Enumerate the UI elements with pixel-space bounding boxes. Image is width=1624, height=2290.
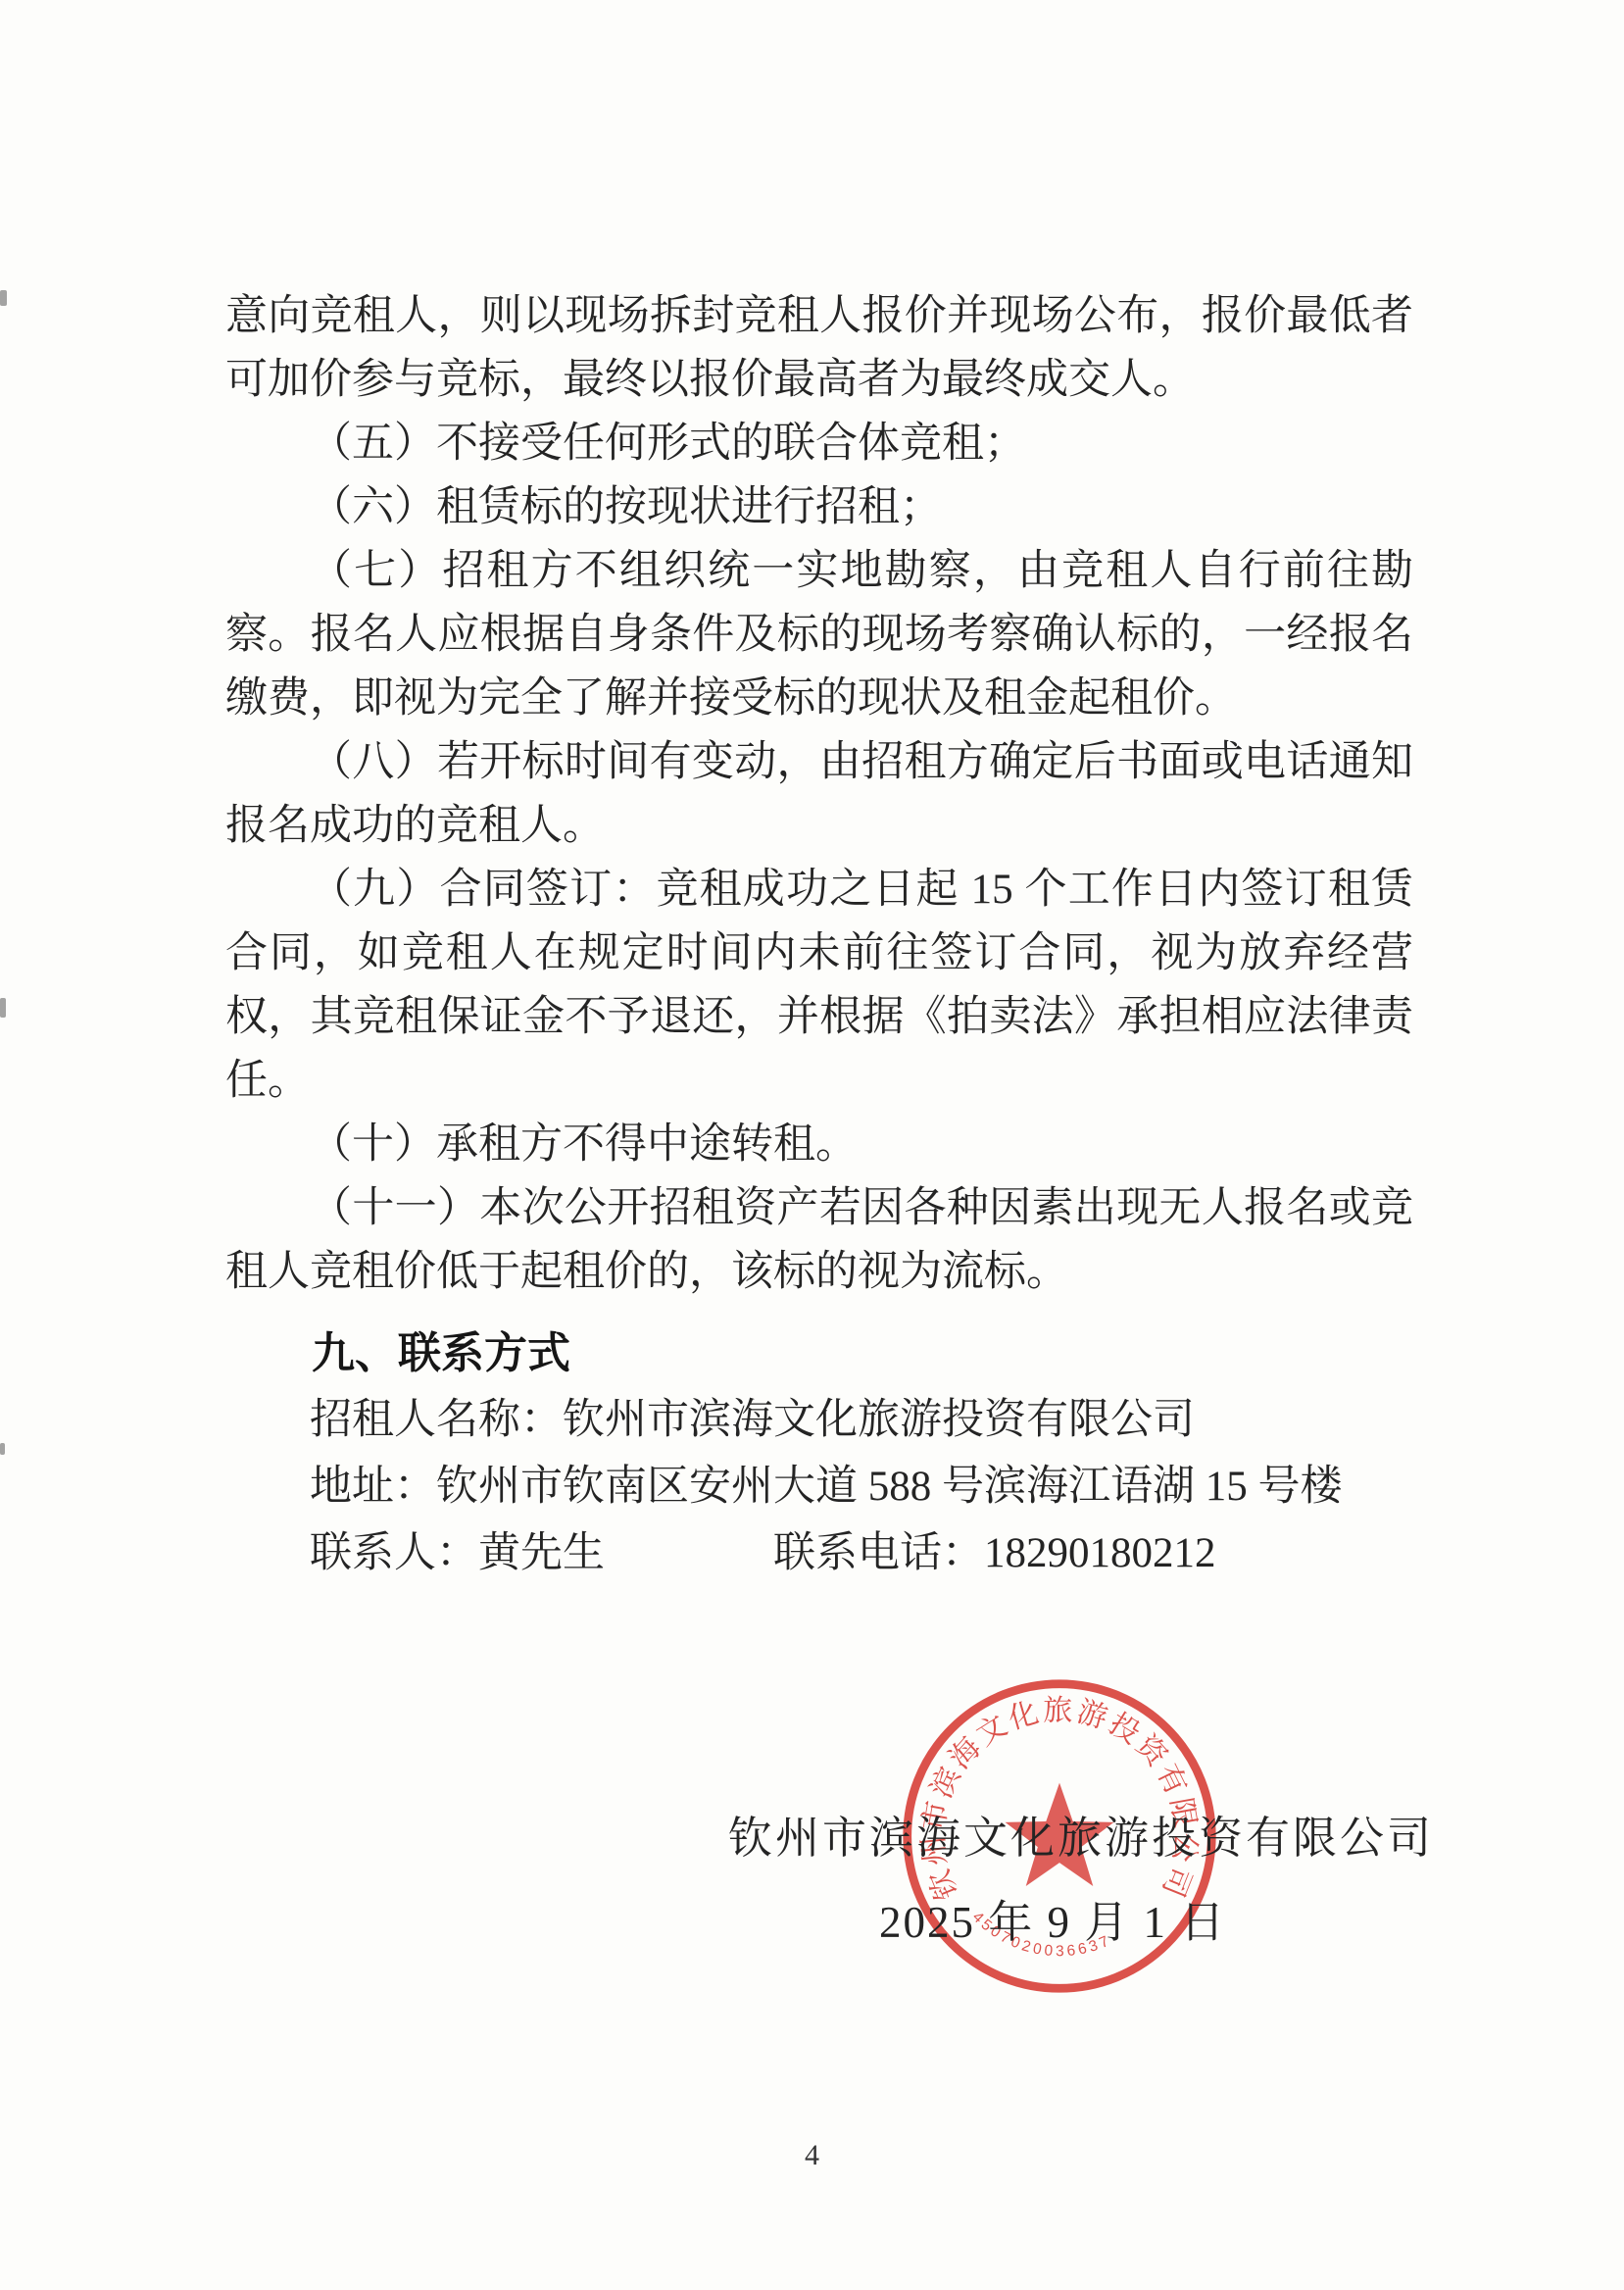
- body-paragraph: 意向竞租人，则以现场拆封竞租人报价并现场公布，报价最低者可加价参与竞标，最终以报…: [225, 284, 1413, 412]
- contact-line-person-phone: 联系人：黄先生 联系电话：18290180212: [225, 1520, 1413, 1587]
- body-paragraph: （十一）本次公开招租资产若因各种因素出现无人报名或竞租人竞租价低于起租价的，该标…: [225, 1176, 1413, 1304]
- body-paragraph: （九）合同签订：竞租成功之日起 15 个工作日内签订租赁合同，如竞租人在规定时间…: [225, 858, 1413, 1113]
- body-paragraph: （八）若开标时间有变动，由招租方确定后书面或电话通知报名成功的竞租人。: [225, 730, 1413, 858]
- scanned-document-page: 意向竞租人，则以现场拆封竞租人报价并现场公布，报价最低者可加价参与竞标，最终以报…: [0, 0, 1624, 2290]
- document-body: 意向竞租人，则以现场拆封竞租人报价并现场公布，报价最低者可加价参与竞标，最终以报…: [225, 284, 1413, 1587]
- signature-company-name: 钦州市滨海文化旅游投资有限公司: [728, 1802, 1434, 1866]
- scan-artifact: [0, 290, 7, 306]
- contact-line-lessor-name: 招租人名称：钦州市滨海文化旅游投资有限公司: [225, 1387, 1413, 1454]
- scan-artifact: [0, 1443, 5, 1455]
- signature-date: 2025 年 9 月 1 日: [879, 1886, 1226, 1950]
- page-number: 4: [0, 2139, 1624, 2172]
- contact-section-heading: 九、联系方式: [225, 1321, 1413, 1385]
- scan-artifact: [0, 998, 6, 1018]
- body-paragraph: （六）租赁标的按现状进行招租；: [225, 475, 1413, 539]
- body-paragraph: （十）承租方不得中途转租。: [225, 1113, 1413, 1176]
- body-paragraph: （五）不接受任何形式的联合体竞租；: [225, 412, 1413, 475]
- contact-line-address: 地址：钦州市钦南区安州大道 588 号滨海江语湖 15 号楼: [225, 1454, 1413, 1520]
- body-paragraph: （七）招租方不组织统一实地勘察，由竞租人自行前往勘察。报名人应根据自身条件及标的…: [225, 539, 1413, 730]
